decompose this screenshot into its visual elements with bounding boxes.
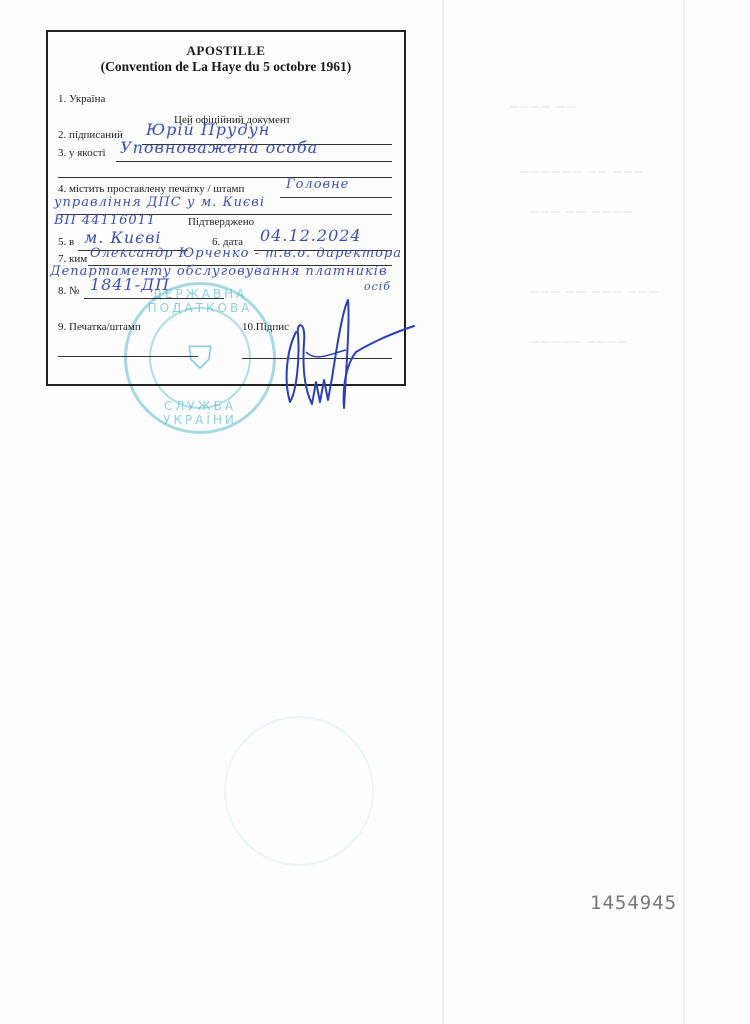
seal-value-line3: ВП 44116011 bbox=[54, 213, 156, 228]
serial-number: 1454945 bbox=[590, 892, 677, 914]
seal-value-line2: управління ДПС у м. Києві bbox=[54, 195, 265, 210]
apostille-subtitle: (Convention de La Haye du 5 octobre 1961… bbox=[48, 59, 404, 75]
signed-by-label: 2. підписаний bbox=[58, 129, 123, 141]
seal-label: 4. містить проставлену печатку / штамп bbox=[58, 183, 244, 195]
stamp-bottom-text: СЛУЖБА УКРАЇНИ bbox=[127, 399, 273, 427]
bleed-through-text: ▁▁▁ ▁▁ ▁▁▁ ▁▁▁ bbox=[530, 280, 659, 293]
number-value: 1841-ДП bbox=[90, 275, 170, 294]
certified-heading: Підтверджено bbox=[188, 216, 254, 228]
place-label: 5. в bbox=[58, 236, 74, 248]
date-value: 04.12.2024 bbox=[260, 226, 362, 245]
handwritten-signature bbox=[276, 292, 416, 422]
stamp-field-label: 9. Печатка/штамп bbox=[58, 321, 141, 333]
signed-by-value: Юрій Прудун bbox=[146, 120, 270, 139]
bleed-through-text: ▁▁▁ ▁▁ ▁▁▁▁ bbox=[530, 200, 634, 213]
apostille-title: APOSTILLE bbox=[48, 43, 404, 59]
page-fold-right bbox=[683, 0, 685, 1024]
by-value-line1: Олександр Юрченко - т.в.о. директора bbox=[90, 246, 402, 261]
number-label: 8. № bbox=[58, 285, 80, 297]
capacity-label: 3. у якості bbox=[58, 147, 106, 159]
country-label: 1. Україна bbox=[58, 93, 105, 105]
seal-line bbox=[280, 197, 392, 198]
seal-value-line1: Головне bbox=[286, 177, 349, 192]
page-fold-left bbox=[442, 0, 444, 1024]
number-line bbox=[84, 298, 224, 299]
capacity-line bbox=[116, 161, 392, 162]
faint-stamp-impression bbox=[224, 716, 374, 866]
bleed-through-text: ▁▁▁▁ ▁▁ bbox=[510, 95, 578, 108]
capacity-value: Уповноважена особа bbox=[120, 138, 318, 157]
bleed-through-text: ▁▁▁▁▁ ▁▁▁▁ bbox=[530, 330, 629, 343]
bleed-through-text: ▁▁▁▁▁▁ ▁▁ ▁▁▁ bbox=[520, 160, 645, 173]
place-value: м. Києві bbox=[84, 228, 162, 247]
stamp-field-line bbox=[58, 356, 198, 357]
